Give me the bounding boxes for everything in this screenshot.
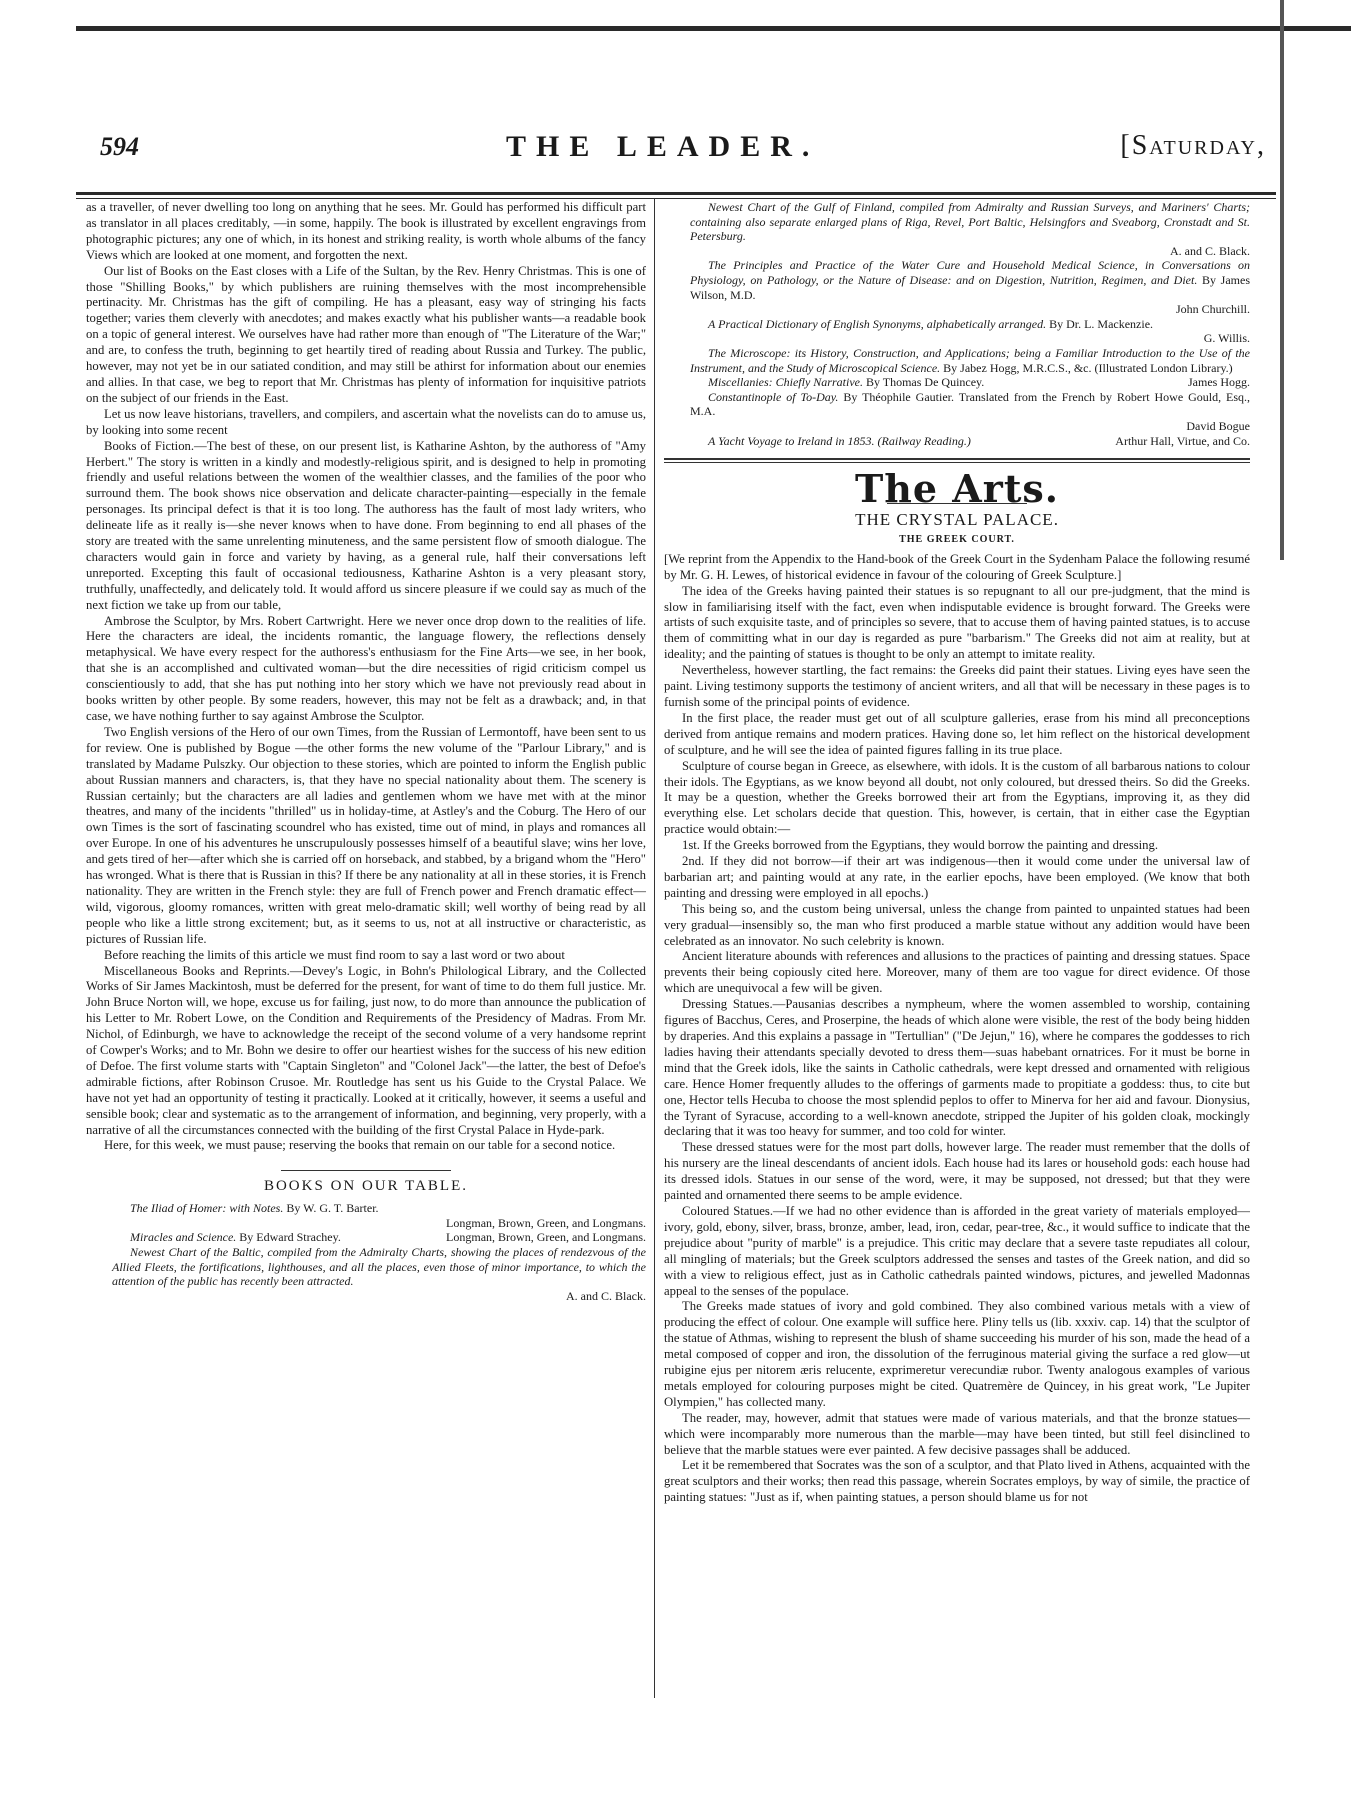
masthead: 594 THE LEADER. [Saturday, <box>76 118 1276 168</box>
paragraph: These dressed statues were for the most … <box>664 1140 1250 1204</box>
book-entry: Newest Chart of the Baltic, compiled fro… <box>86 1245 646 1303</box>
book-entry: A Yacht Voyage to Ireland in 1853. (Rail… <box>664 434 1250 449</box>
section-heading: The Arts. <box>664 481 1250 497</box>
header-rule <box>76 192 1276 199</box>
book-entry: The Principles and Practice of the Water… <box>664 258 1250 316</box>
book-entry: Miscellanies: Chiefly Narrative. By Thom… <box>664 375 1250 390</box>
scan-right-edge <box>1280 0 1284 560</box>
article-title: THE CRYSTAL PALACE. <box>664 512 1250 528</box>
paragraph: Ambrose the Sculptor, by Mrs. Robert Car… <box>86 614 646 725</box>
paragraph: The Greeks made statues of ivory and gol… <box>664 1299 1250 1410</box>
paragraph: In the first place, the reader must get … <box>664 711 1250 759</box>
books-list-continued: Newest Chart of the Gulf of Finland, com… <box>664 200 1250 448</box>
books-heading: BOOKS ON OUR TABLE. <box>86 1179 646 1195</box>
paragraph: This being so, and the custom being univ… <box>664 902 1250 950</box>
paragraph: The idea of the Greeks having painted th… <box>664 584 1250 664</box>
book-entry: Newest Chart of the Gulf of Finland, com… <box>664 200 1250 258</box>
paragraph: Here, for this week, we must pause; rese… <box>86 1138 646 1154</box>
book-entry: The Iliad of Homer: with Notes. By W. G.… <box>86 1201 646 1230</box>
section-separator <box>664 458 1250 463</box>
paragraph: Books of Fiction.—The best of these, on … <box>86 439 646 614</box>
book-entry: A Practical Dictionary of English Synony… <box>664 317 1250 346</box>
right-column: Newest Chart of the Gulf of Finland, com… <box>664 200 1250 1506</box>
book-entry: Miracles and Science. By Edward Strachey… <box>86 1230 646 1245</box>
paragraph: Let it be remembered that Socrates was t… <box>664 1458 1250 1506</box>
paragraph: Nevertheless, however startling, the fac… <box>664 663 1250 711</box>
paragraph: Before reaching the limits of this artic… <box>86 948 646 964</box>
paragraph: 2nd. If they did not borrow—if their art… <box>664 854 1250 902</box>
column-divider <box>654 198 655 1698</box>
paragraph: Two English versions of the Hero of our … <box>86 725 646 948</box>
article-subtitle: THE GREEK COURT. <box>664 532 1250 548</box>
paragraph: Ancient literature abounds with referenc… <box>664 949 1250 997</box>
scan-top-edge <box>76 26 1351 31</box>
left-column: as a traveller, of never dwelling too lo… <box>86 200 646 1303</box>
paragraph: Our list of Books on the East closes wit… <box>86 264 646 407</box>
book-entry: The Microscope: its History, Constructio… <box>664 346 1250 375</box>
paragraph: The reader, may, however, admit that sta… <box>664 1411 1250 1459</box>
section-rule <box>281 1170 451 1171</box>
paragraph: 1st. If the Greeks borrowed from the Egy… <box>664 838 1250 854</box>
paragraph: Let us now leave historians, travellers,… <box>86 407 646 439</box>
book-entry: Constantinople of To-Day. By Théophile G… <box>664 390 1250 434</box>
page-number: 594 <box>100 132 139 162</box>
paragraph: as a traveller, of never dwelling too lo… <box>86 200 646 264</box>
paragraph: Miscellaneous Books and Reprints.—Devey'… <box>86 964 646 1139</box>
article-intro: [We reprint from the Appendix to the Han… <box>664 552 1250 584</box>
books-list: The Iliad of Homer: with Notes. By W. G.… <box>86 1201 646 1303</box>
paragraph: Coloured Statues.—If we had no other evi… <box>664 1204 1250 1299</box>
issue-day: [Saturday, <box>1120 130 1266 162</box>
newspaper-title: THE LEADER. <box>506 130 819 164</box>
paragraph: Sculpture of course began in Greece, as … <box>664 759 1250 839</box>
paragraph: Dressing Statues.—Pausanias describes a … <box>664 997 1250 1140</box>
